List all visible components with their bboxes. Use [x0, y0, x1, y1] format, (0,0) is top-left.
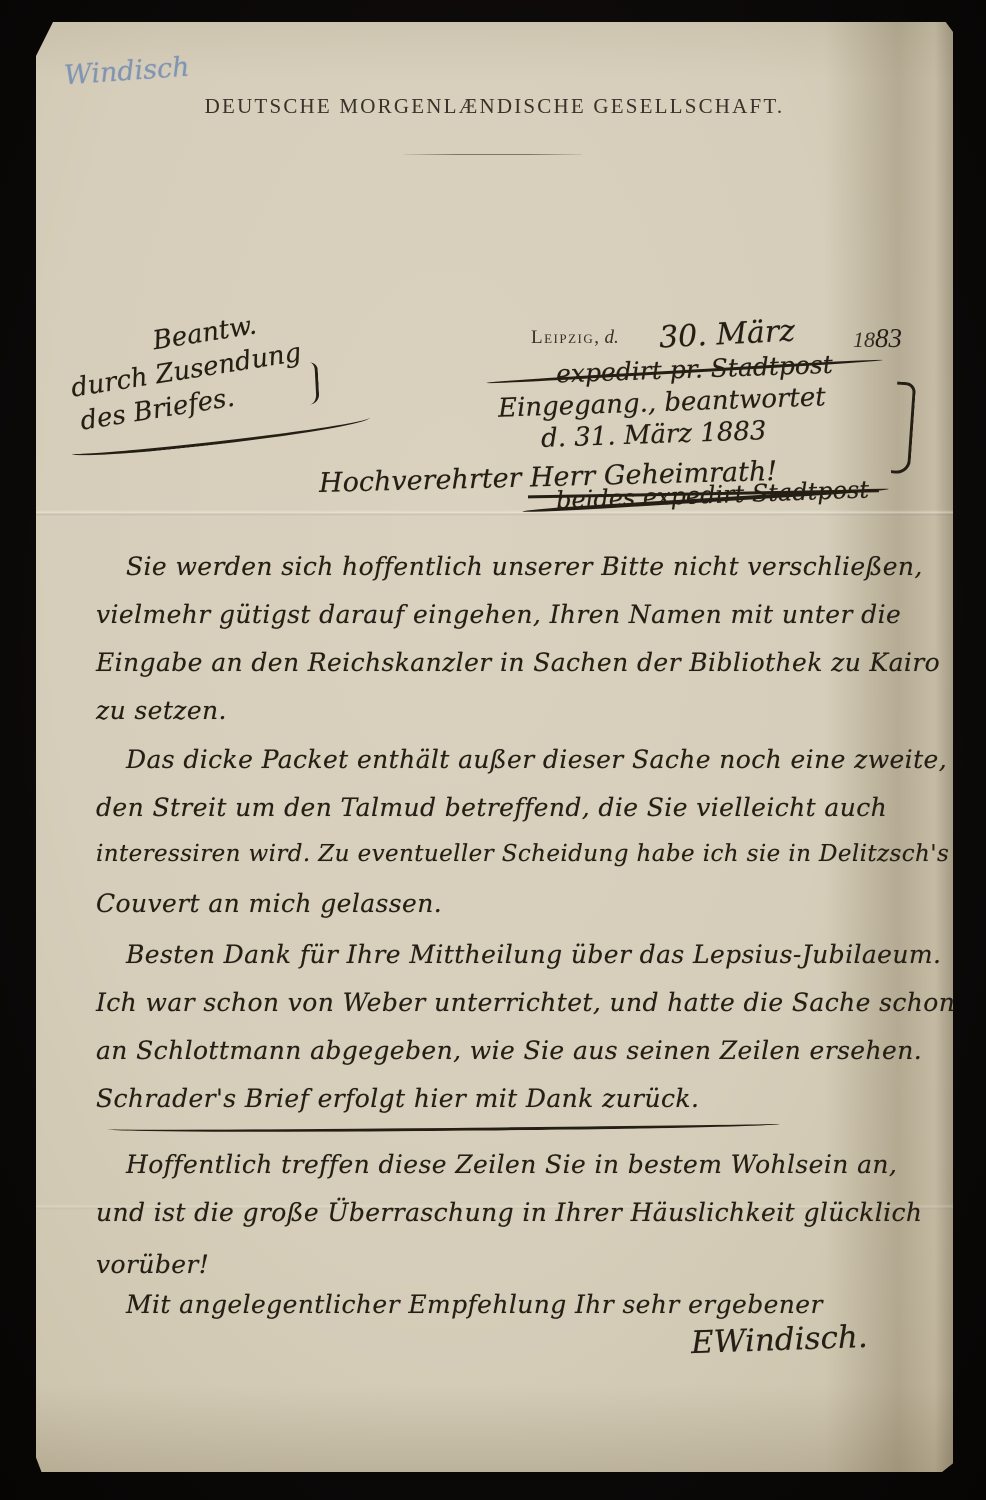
body-line: vorüber!	[96, 1250, 209, 1279]
body-line: Couvert an mich gelassen.	[96, 889, 442, 918]
body-line: Eingabe an den Reichskanzler in Sachen d…	[96, 648, 940, 677]
dateline: Leipzig, d. 30. März 1883	[531, 327, 619, 349]
dateline-place: Leipzig,	[531, 327, 601, 348]
registry-note: Eingegang., beantwortet	[498, 382, 827, 423]
body-line: und ist die große Überraschung in Ihrer …	[96, 1198, 922, 1227]
registry-notes: expedirt pr. Stadtpost Eingegang., beant…	[36, 22, 349, 79]
letter-paper: Windisch DEUTSCHE MORGENLÆNDISCHE GESELL…	[36, 22, 953, 1472]
body-line-underlined: Schrader's Brief erfolgt hier mit Dank z…	[96, 1084, 699, 1113]
letterhead-divider-rule	[404, 154, 582, 155]
body-line: Besten Dank für Ihre Mittheilung über da…	[126, 940, 941, 969]
body-line: interessiren wird. Zu eventueller Scheid…	[96, 841, 949, 867]
dateline-year-handwritten-suffix: 83	[875, 323, 902, 353]
letterhead-title: DEUTSCHE MORGENLÆNDISCHE GESELLSCHAFT.	[36, 94, 953, 119]
body-line: Hoffentlich treffen diese Zeilen Sie in …	[126, 1150, 897, 1179]
body-line: Sie werden sich hoffentlich unserer Bitt…	[126, 552, 923, 581]
dateline-handwritten-day-month: 30. März	[658, 313, 796, 355]
body-line: Ich war schon von Weber unterrichtet, un…	[96, 988, 955, 1017]
body-line: an Schlottmann abgegeben, wie Sie aus se…	[96, 1036, 922, 1065]
registry-bracket-mark	[891, 381, 916, 474]
closing-line: Mit angelegentlicher Empfehlung Ihr sehr…	[126, 1290, 823, 1319]
body-line: Das dicke Packet enthält außer dieser Sa…	[126, 745, 947, 774]
margin-note-bracket-mark	[300, 362, 319, 405]
body-line: den Streit um den Talmud betreffend, die…	[96, 793, 887, 822]
emphasis-underline	[108, 1118, 780, 1134]
body-line: vielmehr gütigst darauf eingehen, Ihren …	[96, 600, 901, 629]
dateline-d-abbrev: d.	[605, 327, 619, 348]
signature: EWindisch.	[690, 1319, 868, 1361]
registry-note: d. 31. März 1883	[541, 416, 767, 454]
body-line: zu setzen.	[96, 696, 227, 725]
margin-note: Beantw. durch Zusendung des Briefes.	[59, 302, 308, 440]
fold-crease	[36, 510, 953, 516]
